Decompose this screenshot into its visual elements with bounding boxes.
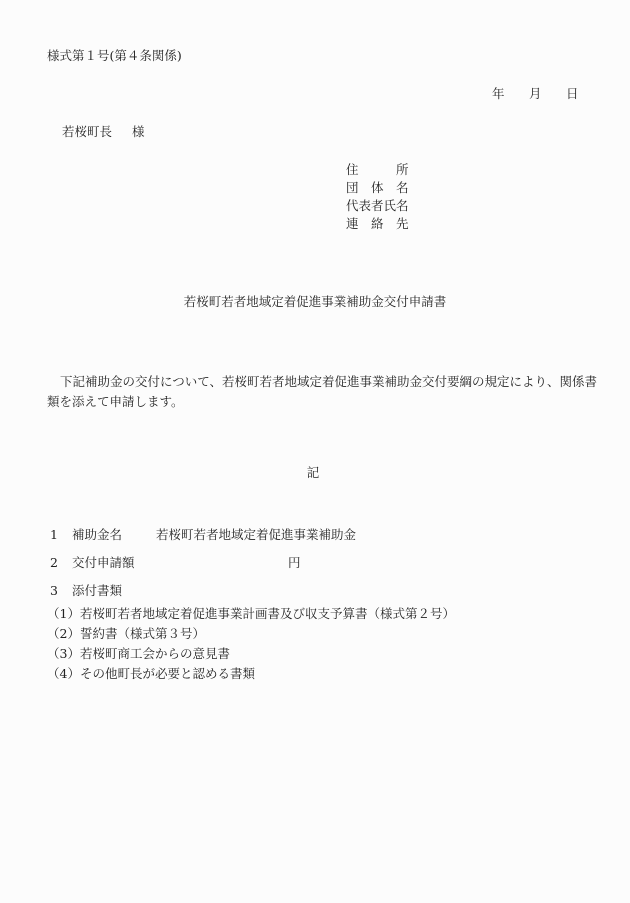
attachment-item: （4）その他町長が必要と認める書類 bbox=[47, 668, 255, 681]
attachment-item: （3）若桜町商工会からの意見書 bbox=[47, 648, 230, 661]
item-number: 3 bbox=[50, 585, 58, 598]
field-organization-char: 名 bbox=[396, 182, 409, 195]
item-number: 1 bbox=[50, 529, 58, 542]
document-title: 若桜町若者地域定着促進事業補助金交付申請書 bbox=[0, 296, 630, 309]
addressee-name: 若桜町長 bbox=[62, 126, 112, 139]
field-contact: 連 絡 先 bbox=[346, 218, 408, 232]
field-address-char: 住 bbox=[346, 164, 359, 177]
field-organization: 団 体 名 bbox=[346, 182, 408, 196]
field-organization-char: 団 bbox=[346, 182, 359, 195]
field-address: 住 所 bbox=[346, 164, 408, 178]
item-number: 2 bbox=[50, 557, 58, 570]
attachment-item: （1）若桜町若者地域定着促進事業計画書及び収支予算書（様式第２号） bbox=[47, 608, 455, 621]
field-contact-char: 先 bbox=[396, 218, 409, 231]
field-contact-char: 連 bbox=[346, 218, 359, 231]
month-label: 月 bbox=[529, 88, 542, 101]
field-representative: 代表者氏名 bbox=[346, 200, 408, 214]
item-value: 若桜町若者地域定着促進事業補助金 bbox=[156, 529, 356, 542]
ki-heading: 記 bbox=[0, 467, 626, 480]
attachment-item: （2）誓約書（様式第３号） bbox=[47, 628, 205, 641]
item-label: 添付書類 bbox=[72, 585, 122, 598]
field-organization-char: 体 bbox=[371, 182, 384, 195]
item-label: 補助金名 bbox=[72, 529, 122, 542]
body-text: 下記補助金の交付について、若桜町若者地域定着促進事業補助金交付要綱の規定により、… bbox=[47, 374, 597, 409]
year-label: 年 bbox=[492, 88, 505, 101]
field-address-char: 所 bbox=[396, 164, 409, 177]
day-label: 日 bbox=[566, 88, 579, 101]
form-number: 様式第１号(第４条関係) bbox=[47, 50, 182, 63]
item-label: 交付申請額 bbox=[72, 557, 135, 570]
field-representative-label: 代表者氏名 bbox=[346, 200, 409, 213]
field-contact-char: 絡 bbox=[371, 218, 384, 231]
addressee-honorific: 様 bbox=[132, 126, 145, 139]
body-paragraph: 下記補助金の交付について、若桜町若者地域定着促進事業補助金交付要綱の規定により、… bbox=[47, 372, 602, 412]
item-value-unit: 円 bbox=[288, 557, 301, 570]
